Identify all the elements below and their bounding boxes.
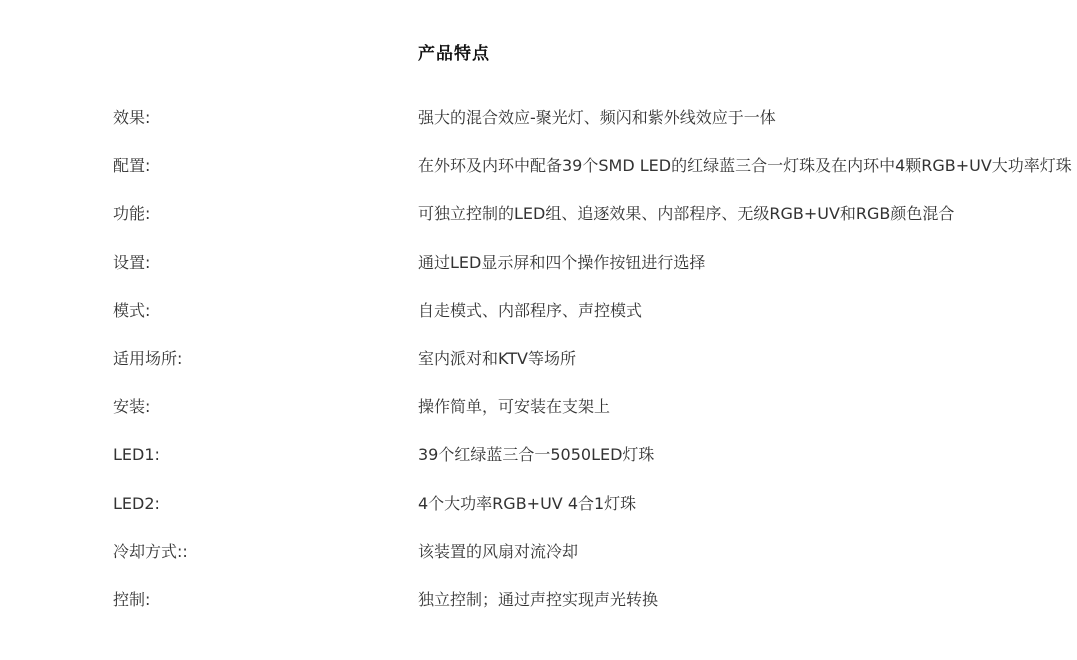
feature-value: 可独立控制的LED组、追逐效果、内部程序、无级RGB+UV和RGB颜色混合 [418,204,1073,224]
feature-value: 操作简单，可安装在支架上 [418,397,1073,417]
page-title: 产品特点 [418,44,490,64]
feature-label: 设置: [113,253,418,273]
feature-row: 配置: 在外环及内环中配备39个SMD LED的红绿蓝三合一灯珠及在内环中4颗R… [113,156,1073,204]
feature-value: 4个大功率RGB+UV 4合1灯珠 [418,494,1073,514]
feature-row: 控制: 独立控制；通过声控实现声光转换 [113,590,1073,638]
feature-row: 模式: 自走模式、内部程序、声控模式 [113,301,1073,349]
feature-table: 效果: 强大的混合效应-聚光灯、频闪和紫外线效应于一体 配置: 在外环及内环中配… [113,108,1073,638]
feature-value: 39个红绿蓝三合一5050LED灯珠 [418,445,1073,465]
feature-label: 效果: [113,108,418,128]
feature-row: 设置: 通过LED显示屏和四个操作按钮进行选择 [113,253,1073,301]
feature-label: 功能: [113,204,418,224]
feature-row: 功能: 可独立控制的LED组、追逐效果、内部程序、无级RGB+UV和RGB颜色混… [113,204,1073,252]
feature-value: 通过LED显示屏和四个操作按钮进行选择 [418,253,1073,273]
feature-row: LED2: 4个大功率RGB+UV 4合1灯珠 [113,494,1073,542]
feature-row: 适用场所: 室内派对和KTV等场所 [113,349,1073,397]
feature-label: 模式: [113,301,418,321]
feature-row: 冷却方式:: 该装置的风扇对流冷却 [113,542,1073,590]
feature-label: 冷却方式:: [113,542,418,562]
feature-row: 效果: 强大的混合效应-聚光灯、频闪和紫外线效应于一体 [113,108,1073,156]
feature-row: LED1: 39个红绿蓝三合一5050LED灯珠 [113,445,1073,493]
feature-row: 安装: 操作简单，可安装在支架上 [113,397,1073,445]
feature-value: 室内派对和KTV等场所 [418,349,1073,369]
feature-label: 适用场所: [113,349,418,369]
feature-value: 在外环及内环中配备39个SMD LED的红绿蓝三合一灯珠及在内环中4颗RGB+U… [418,156,1073,176]
feature-value: 自走模式、内部程序、声控模式 [418,301,1073,321]
feature-label: 控制: [113,590,418,610]
feature-label: LED1: [113,445,418,465]
feature-label: 安装: [113,397,418,417]
feature-label: 配置: [113,156,418,176]
feature-value: 该装置的风扇对流冷却 [418,542,1073,562]
feature-label: LED2: [113,494,418,514]
feature-value: 强大的混合效应-聚光灯、频闪和紫外线效应于一体 [418,108,1073,128]
feature-value: 独立控制；通过声控实现声光转换 [418,590,1073,610]
